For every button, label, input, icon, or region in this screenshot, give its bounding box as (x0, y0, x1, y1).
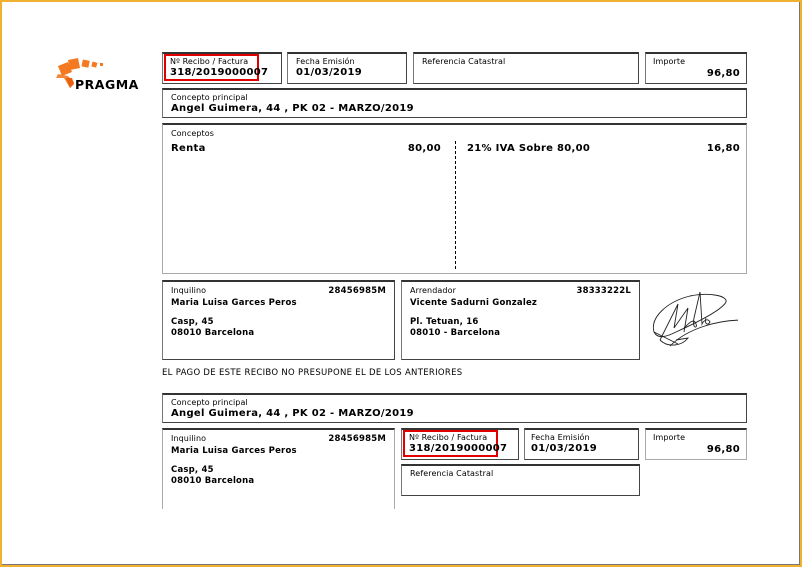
pragma-logo: PRAGMA (54, 56, 154, 92)
concepto-principal-box: Concepto principal Angel Guimera, 44 , P… (162, 88, 747, 118)
fecha-box-bottom: Fecha Emisión 01/03/2019 (524, 428, 639, 460)
concepto-item-amount: 16,80 (643, 143, 740, 154)
recibo-value: 318/2019000007 (409, 443, 507, 454)
recibo-label: Nº Recibo / Factura (170, 57, 248, 66)
inquilino-box: Inquilino 28456985M Maria Luisa Garces P… (162, 280, 395, 360)
conceptos-label: Conceptos (171, 129, 214, 138)
fecha-value: 01/03/2019 (296, 67, 362, 78)
referencia-box-bottom: Referencia Catastral (401, 464, 640, 496)
inquilino-label: Inquilino (171, 434, 206, 443)
referencia-box: Referencia Catastral (413, 52, 639, 84)
importe-label: Importe (653, 433, 685, 442)
inquilino-box-bottom: Inquilino 28456985M Maria Luisa Garces P… (162, 428, 395, 509)
concepto-principal-value: Angel Guimera, 44 , PK 02 - MARZO/2019 (171, 408, 414, 419)
concepto-principal-box-bottom: Concepto principal Angel Guimera, 44 , P… (162, 393, 747, 423)
fecha-box: Fecha Emisión 01/03/2019 (287, 52, 407, 84)
fecha-label: Fecha Emisión (531, 433, 590, 442)
concepto-item-description: Renta (171, 143, 206, 154)
referencia-label: Referencia Catastral (410, 469, 493, 478)
recibo-value: 318/2019000007 (170, 67, 268, 78)
recibo-box-bottom: Nº Recibo / Factura 318/2019000007 (401, 428, 519, 460)
inquilino-address: Casp, 45 (171, 317, 214, 327)
concepto-item-description: 21% IVA Sobre 80,00 (467, 143, 590, 154)
importe-value: 96,80 (707, 444, 740, 455)
importe-label: Importe (653, 57, 685, 66)
concepto-principal-label: Concepto principal (171, 398, 248, 407)
arrendador-box: Arrendador 38333222L Vicente Sadurni Gon… (401, 280, 640, 360)
inquilino-id: 28456985M (328, 434, 386, 444)
arrendador-id: 38333222L (576, 286, 631, 296)
importe-box: Importe 96,80 (645, 52, 747, 84)
referencia-label: Referencia Catastral (422, 57, 505, 66)
signature-icon (648, 288, 738, 360)
inquilino-label: Inquilino (171, 286, 206, 295)
concepto-principal-label: Concepto principal (171, 93, 248, 102)
inquilino-city: 08010 Barcelona (171, 476, 254, 486)
recibo-label: Nº Recibo / Factura (409, 433, 487, 442)
arrendador-address: Pl. Tetuan, 16 (410, 317, 478, 327)
payment-notice: EL PAGO DE ESTE RECIBO NO PRESUPONE EL D… (162, 368, 462, 378)
importe-value: 96,80 (707, 68, 740, 79)
concepto-item-amount: 80,00 (363, 143, 441, 154)
arrendador-city: 08010 - Barcelona (410, 328, 500, 338)
arrendador-name: Vicente Sadurni Gonzalez (410, 298, 537, 308)
inquilino-id: 28456985M (328, 286, 386, 296)
fecha-label: Fecha Emisión (296, 57, 355, 66)
inquilino-city: 08010 Barcelona (171, 328, 254, 338)
inquilino-name: Maria Luisa Garces Peros (171, 446, 297, 456)
inquilino-name: Maria Luisa Garces Peros (171, 298, 297, 308)
recibo-box: Nº Recibo / Factura 318/2019000007 (162, 52, 282, 84)
arrendador-label: Arrendador (410, 286, 456, 295)
brand-name: PRAGMA (75, 77, 139, 92)
conceptos-divider (455, 141, 456, 269)
importe-box-bottom: Importe 96,80 (645, 428, 747, 460)
conceptos-box: Conceptos Renta 80,00 21% IVA Sobre 80,0… (162, 123, 747, 274)
fecha-value: 01/03/2019 (531, 443, 597, 454)
inquilino-address: Casp, 45 (171, 465, 214, 475)
concepto-principal-value: Angel Guimera, 44 , PK 02 - MARZO/2019 (171, 103, 414, 114)
